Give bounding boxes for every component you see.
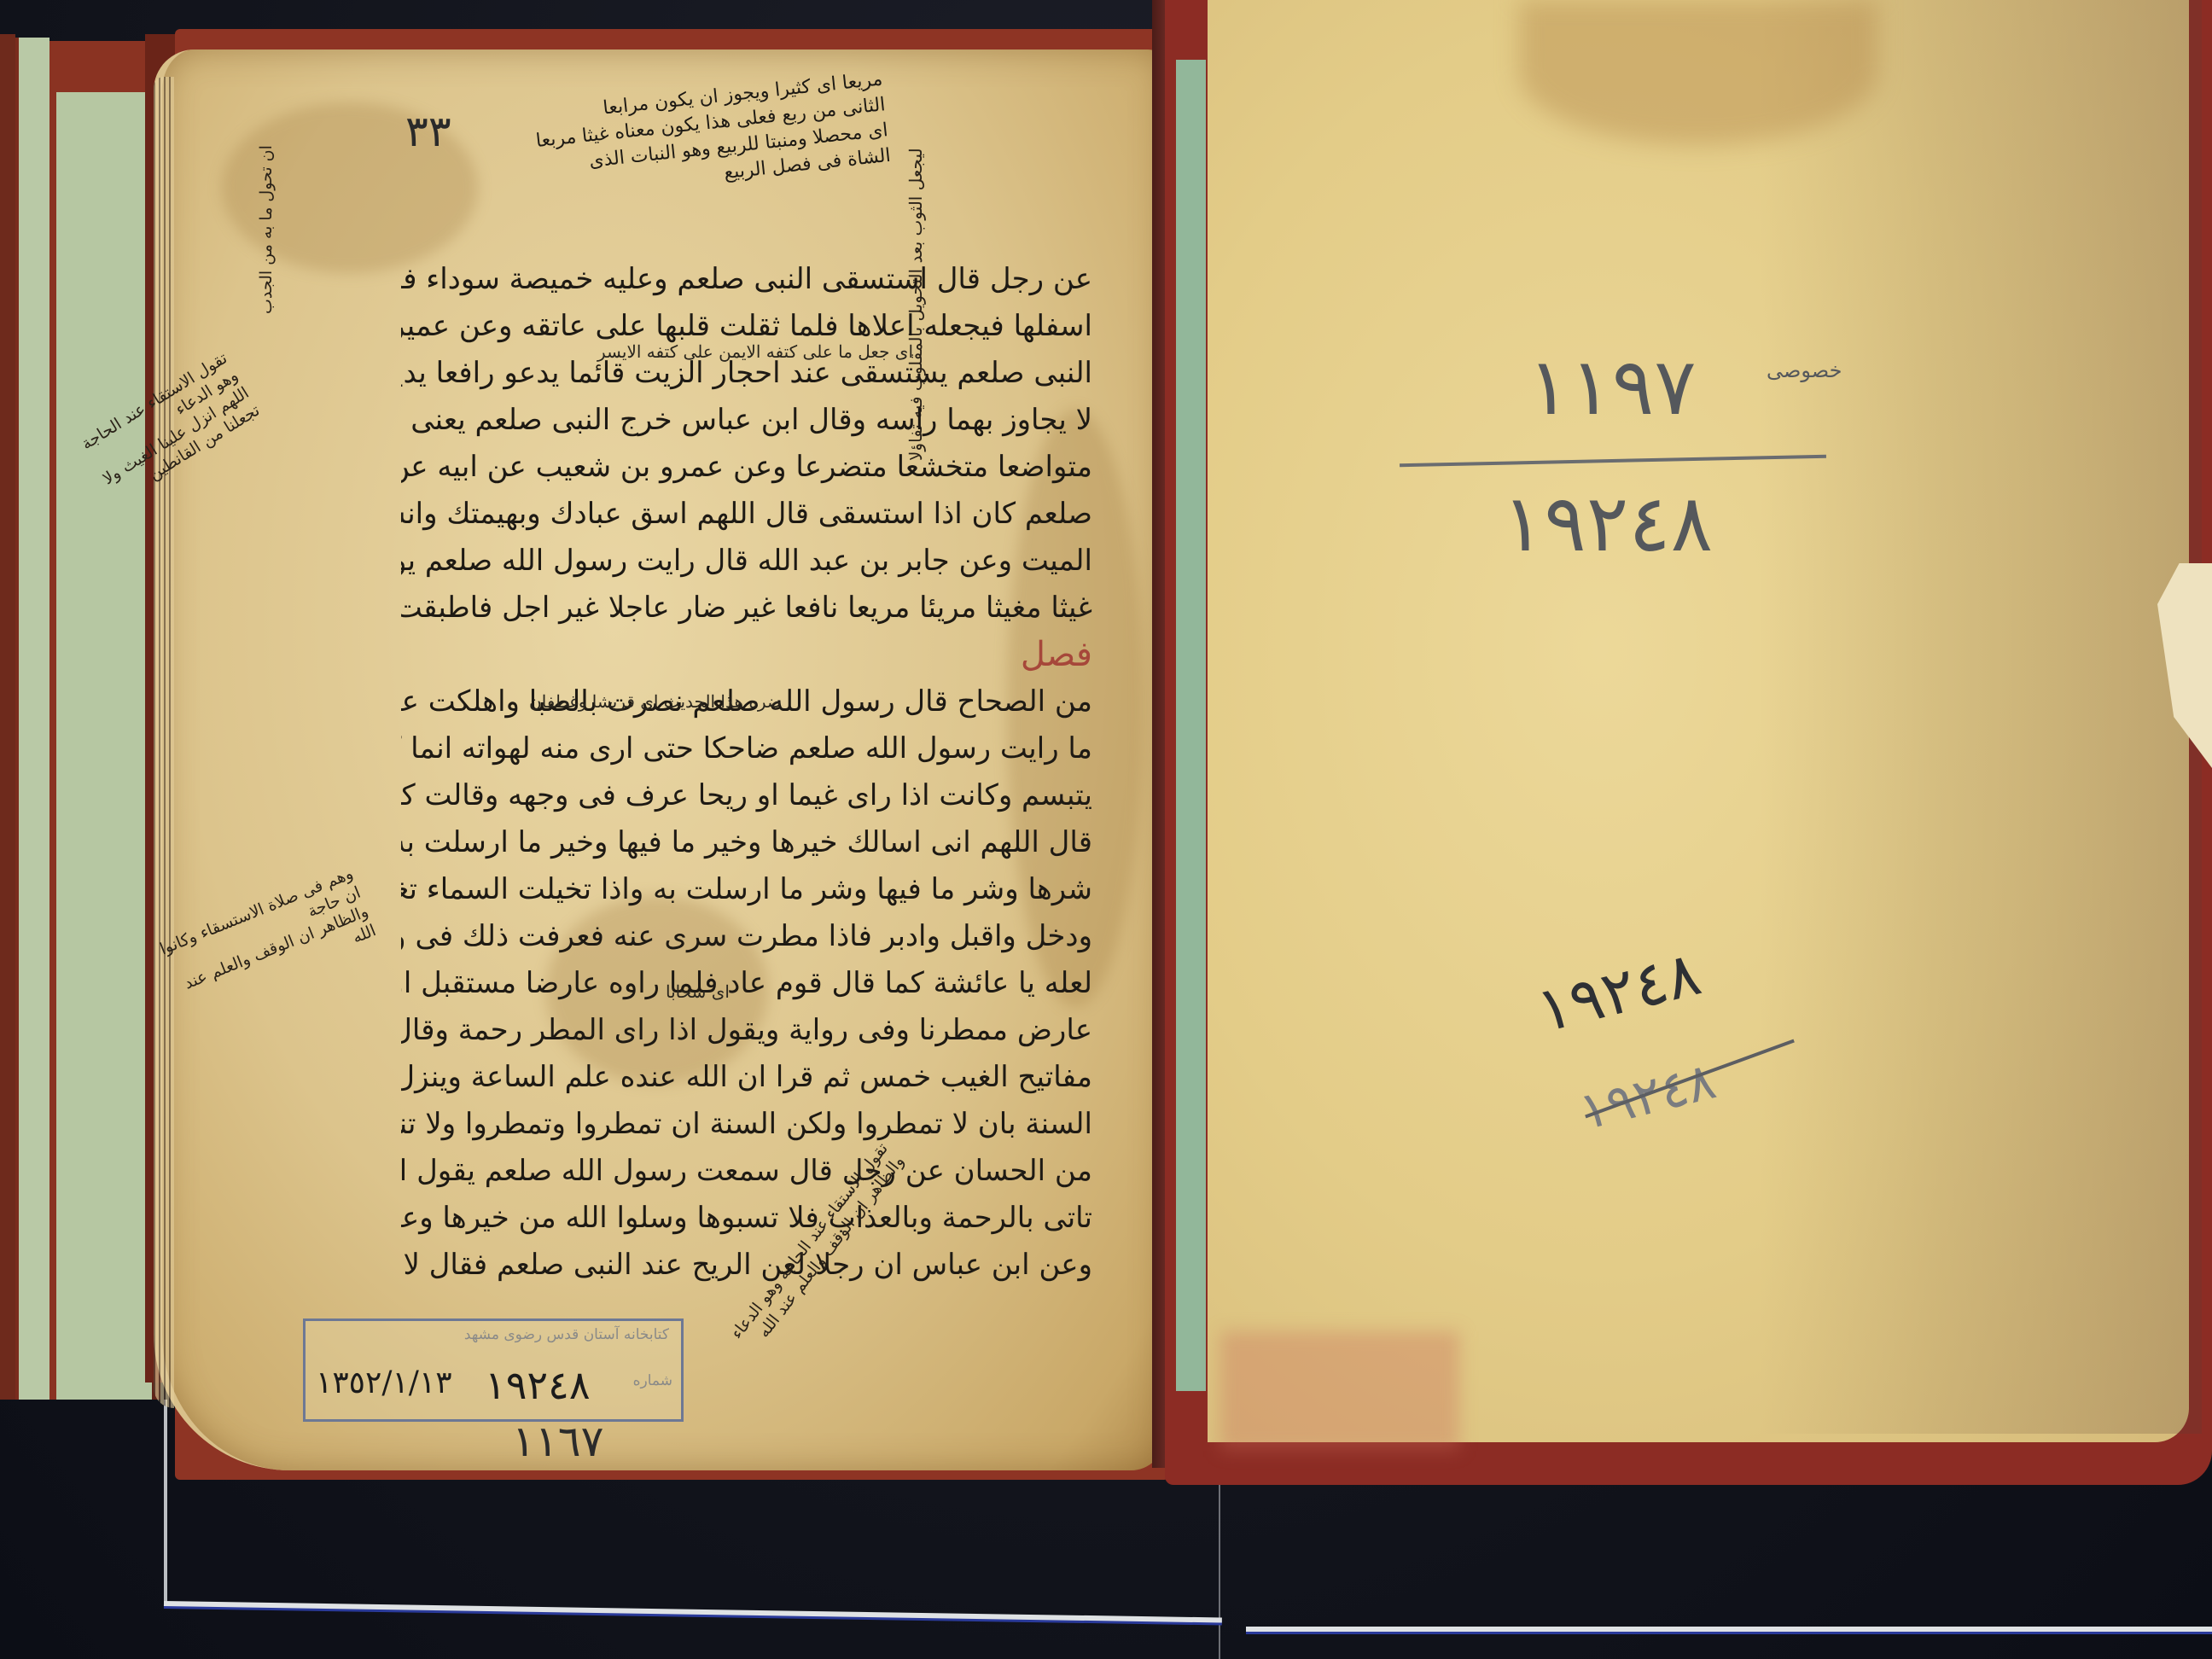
spine-green-strip — [1176, 60, 1206, 1391]
stamp-number: ١٩٢٤٨ — [485, 1362, 591, 1408]
text-line: لعله يا عائشة كما قال قوم عاد فلما راوه … — [401, 960, 1092, 1007]
shelf-number: ١١٦٧ — [512, 1417, 603, 1466]
stamp-date: ١٣٥٢/١/١٣ — [316, 1365, 452, 1400]
paper-stain — [1519, 0, 1877, 145]
accession-number-top: ١١٩٧ — [1528, 341, 1697, 433]
text-line: يتبسم وكانت اذا راى غيما او ريحا عرف فى … — [401, 772, 1092, 819]
stamp-title: کتابخانه آستان قدس رضوی مشهد — [464, 1326, 669, 1343]
library-stamp: کتابخانه آستان قدس رضوی مشهد شماره ١٩٢٤٨… — [303, 1318, 684, 1422]
rubric-fasl: فصل — [401, 632, 1092, 678]
text-line: عارض ممطرنا وفى رواية ويقول اذا راى المط… — [401, 1007, 1092, 1054]
text-line: لا يجاوز بهما راسه وقال ابن عباس خرج الن… — [401, 397, 1092, 444]
stamp-number-label: شماره — [633, 1372, 672, 1389]
text-line: عن رجل قال استسقى النبى صلعم وعليه خميصة… — [401, 256, 1092, 303]
left-marginal-note: ان تحول ما به من الجدب — [256, 145, 375, 401]
text-line: صلعم كان اذا استسقى قال اللهم اسق عبادك … — [401, 491, 1092, 538]
accession-note: خصوصی — [1767, 358, 1842, 382]
chalk-line-vertical — [164, 1400, 167, 1604]
paper-stain — [1220, 1331, 1459, 1451]
main-text-block: عن رجل قال استسقى النبى صلعم وعليه خميصة… — [401, 256, 1092, 1289]
interlinear-gloss: اى سحابا — [666, 981, 730, 1002]
text-line: شرها وشر ما فيها وشر ما ارسلت به واذا تخ… — [401, 866, 1092, 913]
text-line-hisan: من الحسان عن رجل قال سمعت رسول الله صلعم… — [401, 1148, 1092, 1195]
text-line: مفاتيح الغيب خمس ثم قرا ان الله عنده علم… — [401, 1054, 1092, 1101]
accession-number-bottom: ١٩٢٤٨ — [1502, 478, 1713, 569]
text-line: ودخل واقبل وادبر فاذا مطرت سرى عنه فعرفت… — [401, 913, 1092, 960]
interlinear-gloss: اى جعل ما على كتفه الايمن على كتفه الايس… — [597, 341, 913, 362]
interlinear-gloss: ضره هذا الحديث اى قريشا وغطفان — [529, 691, 782, 712]
folio-number: ٣٣ — [405, 107, 451, 156]
chalk-line-horizontal-right — [1246, 1627, 2212, 1632]
binding-board-green-2 — [49, 41, 160, 1400]
text-line: غيثا مغيثا مريئا مريعا نافعا غير ضار عاج… — [401, 585, 1092, 632]
binding-edge-outer — [0, 34, 15, 1400]
page-shadow — [1758, 0, 2202, 1434]
chalk-line-vertical-faint — [1219, 1468, 1220, 1659]
text-line: قال اللهم انى اسالك خيرها وخير ما فيها و… — [401, 819, 1092, 866]
page-fore-edge — [154, 77, 174, 1408]
text-line: السنة بان لا تمطروا ولكن السنة ان تمطروا… — [401, 1101, 1092, 1148]
text-line: متواضعا متخشعا متضرعا وعن عمرو بن شعيب ع… — [401, 444, 1092, 491]
binding-board-green-1 — [15, 38, 49, 1400]
text-line: ما رايت رسول الله صلعم ضاحكا حتى ارى منه… — [401, 725, 1092, 772]
text-line: الميت وعن جابر بن عبد الله قال رايت رسول… — [401, 538, 1092, 585]
